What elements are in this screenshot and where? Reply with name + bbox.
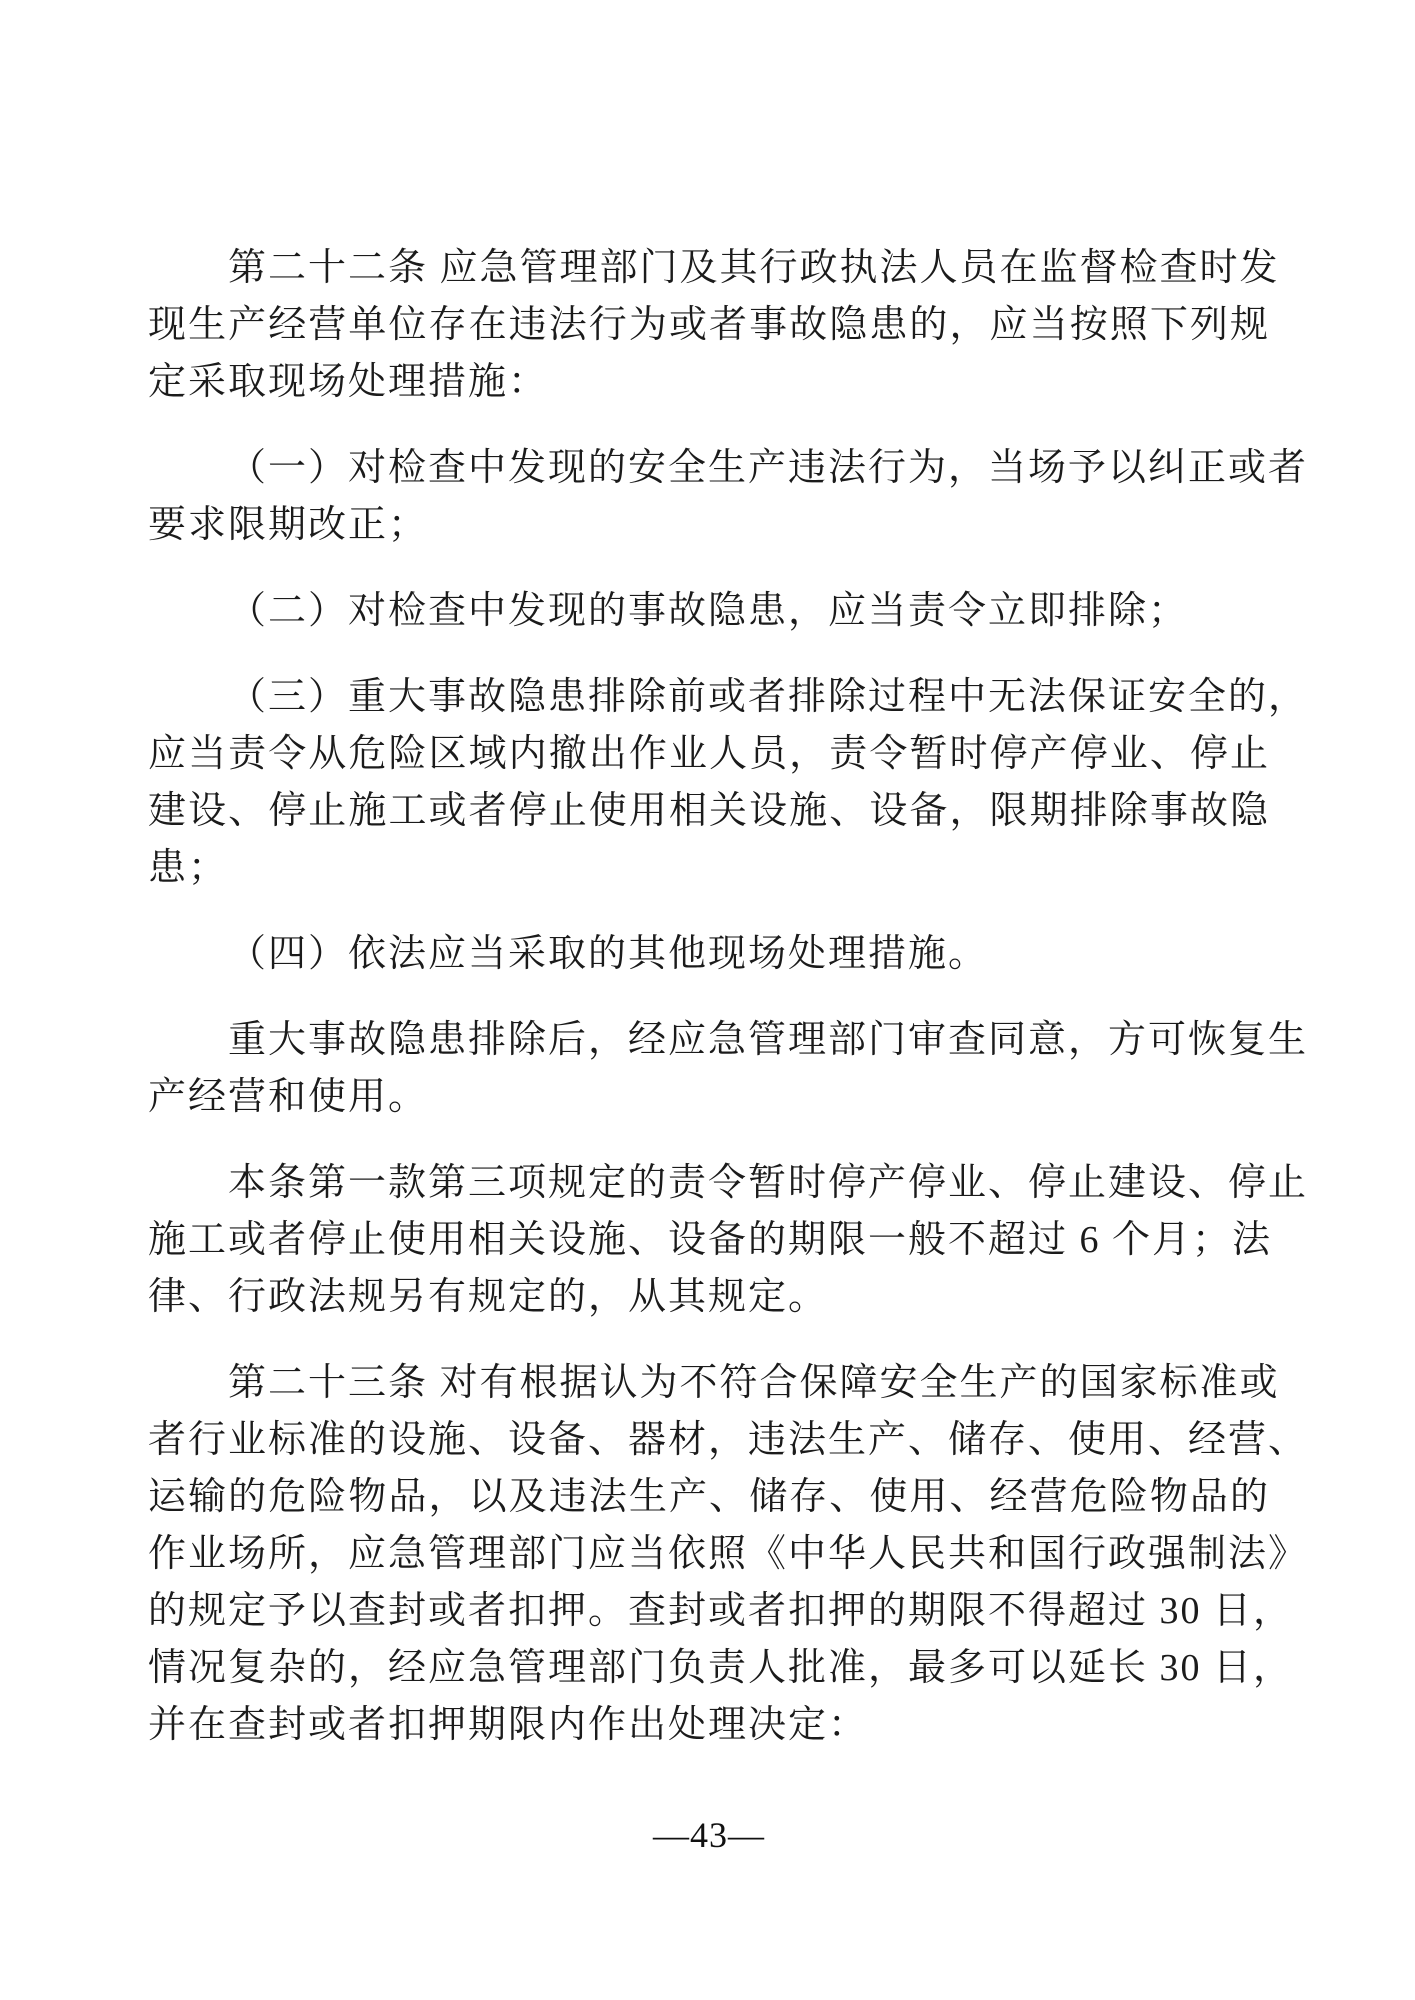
- text-line: 情况复杂的，经应急管理部门负责人批准，最多可以延长 30 日，: [148, 1640, 1270, 1697]
- text-line: 运输的危险物品，以及违法生产、储存、使用、经营危险物品的: [148, 1469, 1270, 1526]
- paragraph: （四）依法应当采取的其他现场处理措施。: [148, 926, 1270, 983]
- text-line: （一）对检查中发现的安全生产违法行为，当场予以纠正或者: [148, 440, 1270, 497]
- paragraph: （二）对检查中发现的事故隐患，应当责令立即排除；: [148, 583, 1270, 640]
- text-line: 重大事故隐患排除后，经应急管理部门审查同意，方可恢复生: [148, 1012, 1270, 1069]
- text-line: 要求限期改正；: [148, 497, 1270, 554]
- text-line: 施工或者停止使用相关设施、设备的期限一般不超过 6 个月；法: [148, 1212, 1270, 1269]
- text-line: 并在查封或者扣押期限内作出处理决定：: [148, 1697, 1270, 1754]
- paragraph: （一）对检查中发现的安全生产违法行为，当场予以纠正或者要求限期改正；: [148, 440, 1270, 554]
- text-line: 建设、停止施工或者停止使用相关设施、设备，限期排除事故隐: [148, 783, 1270, 840]
- paragraph: 本条第一款第三项规定的责令暂时停产停业、停止建设、停止施工或者停止使用相关设施、…: [148, 1155, 1270, 1326]
- text-line: （二）对检查中发现的事故隐患，应当责令立即排除；: [148, 583, 1270, 640]
- text-line: 律、行政法规另有规定的，从其规定。: [148, 1269, 1270, 1326]
- text-line: 现生产经营单位存在违法行为或者事故隐患的，应当按照下列规: [148, 297, 1270, 354]
- text-line: 者行业标准的设施、设备、器材，违法生产、储存、使用、经营、: [148, 1412, 1270, 1469]
- page-number: —43—: [148, 1808, 1270, 1862]
- text-line: 产经营和使用。: [148, 1069, 1270, 1126]
- text-line: 第二十二条 应急管理部门及其行政执法人员在监督检查时发: [148, 240, 1270, 297]
- text-line: 的规定予以查封或者扣押。查封或者扣押的期限不得超过 30 日，: [148, 1583, 1270, 1640]
- paragraph: 重大事故隐患排除后，经应急管理部门审查同意，方可恢复生产经营和使用。: [148, 1012, 1270, 1126]
- paragraph: 第二十二条 应急管理部门及其行政执法人员在监督检查时发现生产经营单位存在违法行为…: [148, 240, 1270, 411]
- text-line: 定采取现场处理措施：: [148, 354, 1270, 411]
- text-line: （三）重大事故隐患排除前或者排除过程中无法保证安全的，: [148, 669, 1270, 726]
- text-line: 患；: [148, 840, 1270, 897]
- text-line: 作业场所，应急管理部门应当依照《中华人民共和国行政强制法》: [148, 1526, 1270, 1583]
- document-body: 第二十二条 应急管理部门及其行政执法人员在监督检查时发现生产经营单位存在违法行为…: [148, 240, 1270, 1783]
- text-line: 本条第一款第三项规定的责令暂时停产停业、停止建设、停止: [148, 1155, 1270, 1212]
- paragraph: （三）重大事故隐患排除前或者排除过程中无法保证安全的，应当责令从危险区域内撤出作…: [148, 669, 1270, 897]
- document-page: 第二十二条 应急管理部门及其行政执法人员在监督检查时发现生产经营单位存在违法行为…: [0, 0, 1415, 2000]
- text-line: （四）依法应当采取的其他现场处理措施。: [148, 926, 1270, 983]
- text-line: 应当责令从危险区域内撤出作业人员，责令暂时停产停业、停止: [148, 726, 1270, 783]
- text-line: 第二十三条 对有根据认为不符合保障安全生产的国家标准或: [148, 1355, 1270, 1412]
- paragraph: 第二十三条 对有根据认为不符合保障安全生产的国家标准或者行业标准的设施、设备、器…: [148, 1355, 1270, 1754]
